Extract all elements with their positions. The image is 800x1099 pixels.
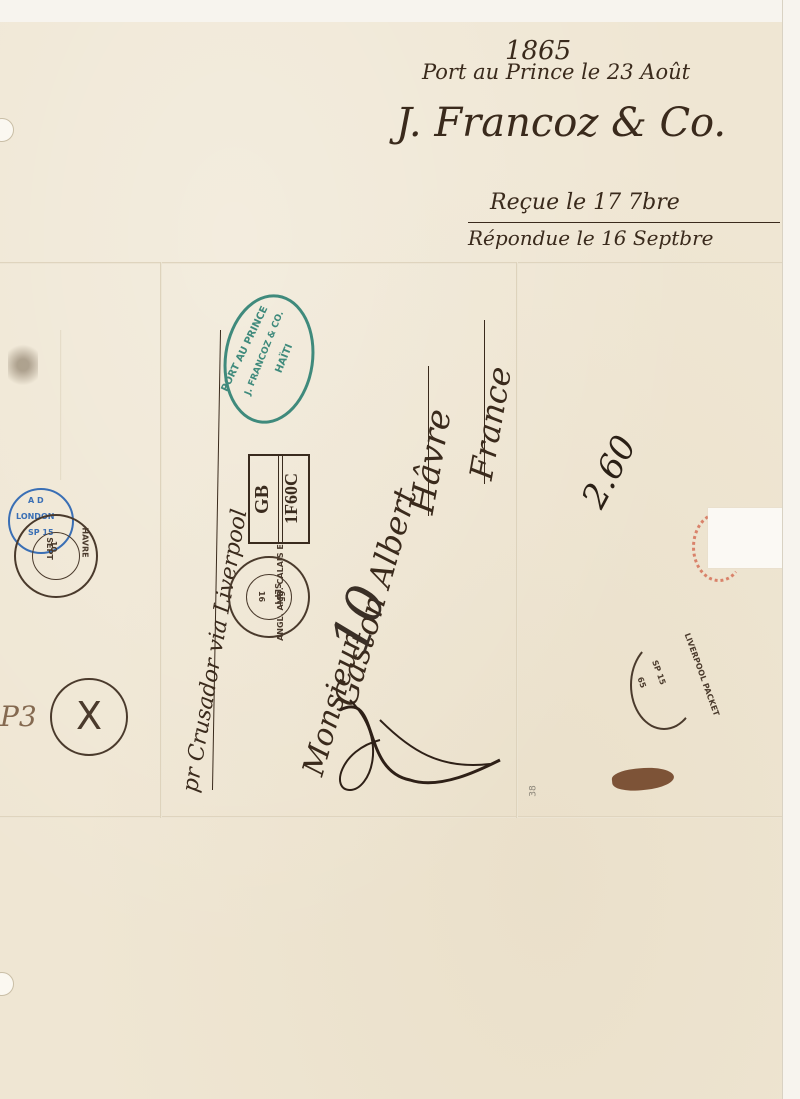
fold-line-left (160, 262, 162, 818)
docket-rule (468, 222, 780, 223)
scan-top-margin (0, 0, 800, 23)
docket-place-date: Port au Prince le 23 Août (422, 60, 690, 84)
docket-sender: J. Francoz & Co. (396, 100, 726, 146)
country-underline (484, 320, 485, 484)
cross-postmark: X (50, 678, 128, 756)
docket-received: Reçue le 17 7bre (490, 190, 680, 215)
archive-number: 38 (529, 785, 539, 796)
liverpool-packet-postmark: LIVERPOOL PACKET SP 15 65 (630, 640, 698, 730)
calais-postmark: ANGL. AMB. CALAIS E 16 SEPT 65 (228, 556, 310, 638)
city-underline (428, 366, 429, 516)
ink-smudge-left (8, 340, 38, 390)
fold-line-minor (60, 330, 62, 480)
gb-accountancy-box: GB 1F60C (248, 454, 310, 544)
fold-line-top (0, 262, 782, 264)
docket-answered: Répondue le 16 Septbre (468, 226, 713, 250)
fold-line-bottom (0, 816, 782, 818)
scan-right-margin (782, 0, 800, 1099)
manuscript-fragment-left: P3 (0, 700, 37, 733)
signature-flourish (320, 680, 510, 800)
havre-postmark: HAVRE 10 SEPT (14, 514, 98, 598)
hinge-label-patch (708, 508, 782, 568)
fold-line-right (516, 262, 518, 818)
